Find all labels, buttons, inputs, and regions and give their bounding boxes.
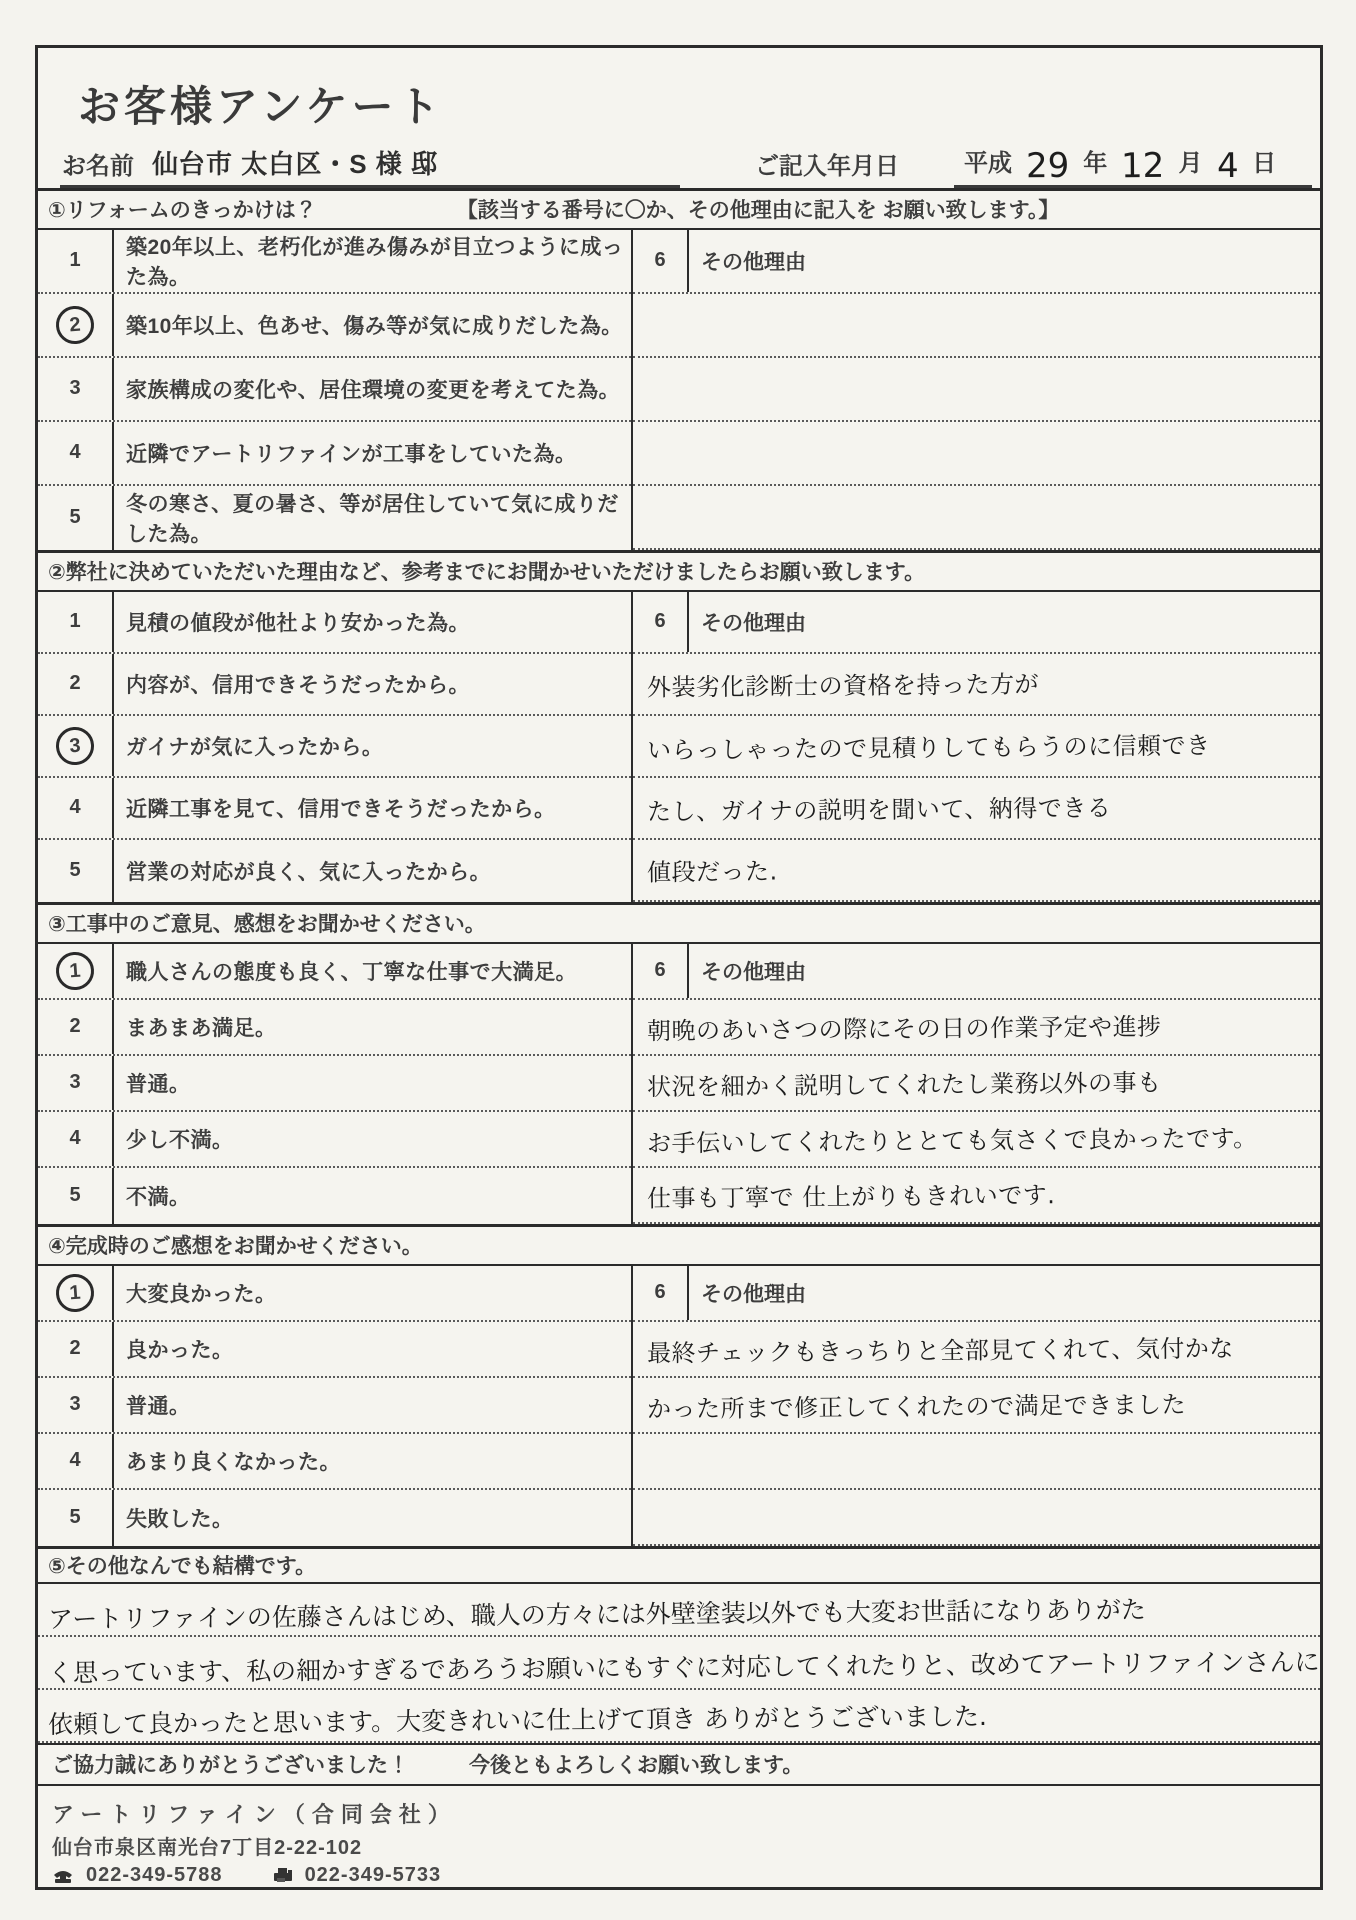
- year-unit: 年: [1083, 143, 1107, 183]
- option-table: 1 大変良かった。 2 良かった。 3 普通。 4 あまり良くなかった。 5: [38, 1266, 1320, 1546]
- option-label: 内容が、信用できそうだったから。: [114, 669, 470, 699]
- option-label: 築10年以上、色あせ、傷み等が気に成りだした為。: [114, 310, 623, 340]
- other-label: その他理由: [689, 246, 806, 276]
- option-label: 営業の対応が良く、気に入ったから。: [114, 856, 491, 886]
- other-reason-header: 6 その他理由: [633, 1266, 1320, 1322]
- title-block: お客様アンケート: [38, 48, 1320, 136]
- day-value: 4: [1216, 148, 1238, 182]
- other-label: その他理由: [689, 1278, 806, 1308]
- handwritten-comment-line: アートリファインの佐藤さんはじめ、職人の方々には外壁塗装以外でも大変お世話になり…: [38, 1584, 1320, 1637]
- handwritten-answer-line: たし、ガイナの説明を聞いて、納得できる: [633, 778, 1320, 840]
- question-section: ③工事中のご意見、感想をお聞かせください。 1 職人さんの態度も良く、丁寧な仕事…: [38, 902, 1320, 1224]
- option-number: 4: [56, 1120, 94, 1158]
- handwritten-comment-line: 依頼して良かったと思います。大変きれいに仕上げて頂き ありがとうございました.: [38, 1690, 1320, 1743]
- year-value: 29: [1026, 148, 1070, 182]
- option-number: 3: [55, 725, 96, 766]
- other-number: 6: [633, 592, 689, 652]
- section-note: 【該当する番号に〇か、その他理由に記入を お願い致します。】: [457, 194, 1060, 224]
- handwritten-answer-line: [633, 422, 1320, 486]
- option-row: 1 見積の値段が他社より安かった為。: [38, 592, 631, 654]
- other-reason-header: 6 その他理由: [633, 944, 1320, 1000]
- option-row: 3 普通。: [38, 1056, 631, 1112]
- option-row: 4 近隣でアートリファインが工事をしていた為。: [38, 422, 631, 486]
- option-label: 冬の寒さ、夏の暑さ、等が居住していて気に成りだした為。: [114, 488, 631, 548]
- option-number: 5: [56, 1177, 94, 1215]
- section-heading: ④完成時のご感想をお聞かせください。: [48, 1230, 423, 1260]
- handwritten-answer-line: [633, 358, 1320, 422]
- question-section: ①リフォームのきっかけは？ 【該当する番号に〇か、その他理由に記入を お願い致し…: [38, 188, 1320, 550]
- option-label: 職人さんの態度も良く、丁寧な仕事で大満足。: [114, 956, 577, 986]
- closing-row: ご協力誠にありがとうございました！ 今後ともよろしくお願い致します。: [38, 1743, 1320, 1784]
- date-label: ご記入年月日: [755, 146, 899, 188]
- question-section: ④完成時のご感想をお聞かせください。 1 大変良かった。 2 良かった。 3 普…: [38, 1224, 1320, 1546]
- phone-number: 022-349-5788: [86, 1864, 223, 1887]
- option-row: 2 まあまあ満足。: [38, 1000, 631, 1056]
- option-row: 2 築10年以上、色あせ、傷み等が気に成りだした為。: [38, 294, 631, 358]
- option-label: 普通。: [114, 1068, 191, 1098]
- option-label: 近隣工事を見て、信用できそうだったから。: [114, 793, 556, 823]
- day-unit: 日: [1252, 143, 1276, 183]
- section-heading-band: ④完成時のご感想をお聞かせください。: [38, 1224, 1320, 1266]
- option-row: 3 普通。: [38, 1378, 631, 1434]
- option-number: 5: [56, 499, 94, 537]
- option-number: 2: [55, 304, 96, 345]
- option-number: 3: [56, 1064, 94, 1102]
- option-row: 1 築20年以上、老朽化が進み傷みが目立つように成った為。: [38, 230, 631, 294]
- option-label: あまり良くなかった。: [114, 1446, 341, 1476]
- option-row: 4 近隣工事を見て、信用できそうだったから。: [38, 778, 631, 840]
- handwritten-comment-line: く思っています、私の細かすぎるであろうお願いにもすぐに対応してくれたりと、改めて…: [38, 1637, 1320, 1690]
- option-row: 1 職人さんの態度も良く、丁寧な仕事で大満足。: [38, 944, 631, 1000]
- section-heading-band: ②弊社に決めていただいた理由など、参考までにお聞かせいただけましたらお願い致しま…: [38, 550, 1320, 592]
- survey-sheet: お客様アンケート お名前 仙台市 太白区・S 様 邸 ご記入年月日 平成 29 …: [35, 45, 1323, 1890]
- option-table: 1 職人さんの態度も良く、丁寧な仕事で大満足。 2 まあまあ満足。 3 普通。 …: [38, 944, 1320, 1224]
- option-row: 2 内容が、信用できそうだったから。: [38, 654, 631, 716]
- era-label: 平成: [964, 143, 1012, 183]
- option-row: 5 冬の寒さ、夏の暑さ、等が居住していて気に成りだした為。: [38, 486, 631, 550]
- handwritten-answer-line: 朝晩のあいさつの際にその日の作業予定や進捗: [633, 1000, 1320, 1056]
- other-number: 6: [633, 944, 689, 998]
- option-label: まあまあ満足。: [114, 1012, 277, 1042]
- option-row: 4 あまり良くなかった。: [38, 1434, 631, 1490]
- handwritten-answer-line: [633, 1490, 1320, 1546]
- option-number: 4: [56, 789, 94, 827]
- section-heading: ③工事中のご意見、感想をお聞かせください。: [48, 908, 486, 938]
- options-pane: 1 築20年以上、老朽化が進み傷みが目立つように成った為。 2 築10年以上、色…: [38, 230, 633, 550]
- fax-number: 022-349-5733: [305, 1864, 442, 1887]
- option-number: 2: [56, 1008, 94, 1046]
- page-title: お客様アンケート: [78, 85, 443, 131]
- handwritten-answer-line: お手伝いしてくれたりととても気さくで良かったです。: [633, 1112, 1320, 1168]
- company-name: アートリファイン（合同会社）: [52, 1798, 1320, 1829]
- section-heading-band: ③工事中のご意見、感想をお聞かせください。: [38, 902, 1320, 944]
- option-number: 3: [56, 370, 94, 408]
- option-row: 2 良かった。: [38, 1322, 631, 1378]
- company-address: 仙台市泉区南光台7丁目2-22-102: [52, 1831, 1320, 1860]
- month-value: 12: [1121, 148, 1165, 182]
- option-label: 失敗した。: [114, 1503, 234, 1533]
- question-section: ②弊社に決めていただいた理由など、参考までにお聞かせいただけましたらお願い致しま…: [38, 550, 1320, 902]
- handwritten-answer-line: 状況を細かく説明してくれたし業務以外の事も: [633, 1056, 1320, 1112]
- contact-row: 022-349-5788 022-349-5733: [52, 1864, 1320, 1887]
- other-reason-header: 6 その他理由: [633, 592, 1320, 654]
- option-number: 3: [56, 1386, 94, 1424]
- option-label: 良かった。: [114, 1334, 234, 1364]
- option-row: 5 営業の対応が良く、気に入ったから。: [38, 840, 631, 902]
- phone-icon: [52, 1867, 74, 1885]
- option-row: 4 少し不満。: [38, 1112, 631, 1168]
- option-row: 3 ガイナが気に入ったから。: [38, 716, 631, 778]
- section-heading-band: ①リフォームのきっかけは？ 【該当する番号に〇か、その他理由に記入を お願い致し…: [38, 188, 1320, 230]
- handwritten-answer-line: [633, 486, 1320, 550]
- option-label: 家族構成の変化や、居住環境の変更を考えてた為。: [114, 374, 620, 404]
- option-number: 1: [56, 603, 94, 641]
- handwritten-answer-line: 値段だった.: [633, 840, 1320, 902]
- option-row: 3 家族構成の変化や、居住環境の変更を考えてた為。: [38, 358, 631, 422]
- name-date-row: お名前 仙台市 太白区・S 様 邸 ご記入年月日 平成 29 年 12 月 4 …: [60, 136, 1312, 188]
- other-reason-pane: 6 その他理由: [633, 230, 1320, 550]
- options-pane: 1 大変良かった。 2 良かった。 3 普通。 4 あまり良くなかった。 5: [38, 1266, 633, 1546]
- option-number: 4: [56, 1442, 94, 1480]
- closing-thanks: ご協力誠にありがとうございました！: [52, 1749, 409, 1779]
- option-row: 5 不満。: [38, 1168, 631, 1224]
- option-row: 1 大変良かった。: [38, 1266, 631, 1322]
- option-number: 4: [56, 434, 94, 472]
- option-label: 少し不満。: [114, 1124, 234, 1154]
- other-label: その他理由: [689, 956, 806, 986]
- name-value: 仙台市 太白区・S 様 邸: [152, 144, 438, 181]
- option-number: 5: [56, 852, 94, 890]
- other-reason-pane: 6 その他理由 朝晩のあいさつの際にその日の作業予定や進捗 状況を細かく説明して…: [633, 944, 1320, 1224]
- other-reason-pane: 6 その他理由 最終チェックもきっちりと全部見てくれて、気付かな かった所まで修…: [633, 1266, 1320, 1546]
- option-label: 築20年以上、老朽化が進み傷みが目立つように成った為。: [114, 231, 631, 291]
- closing-request: 今後ともよろしくお願い致します。: [469, 1749, 803, 1779]
- other-reason-pane: 6 その他理由 外装劣化診断士の資格を持った方が いらっしゃったので見積りしても…: [633, 592, 1320, 902]
- handwritten-answer-line: [633, 1434, 1320, 1490]
- other-number: 6: [633, 230, 689, 292]
- option-table: 1 築20年以上、老朽化が進み傷みが目立つように成った為。 2 築10年以上、色…: [38, 230, 1320, 550]
- option-label: 見積の値段が他社より安かった為。: [114, 607, 470, 637]
- options-pane: 1 見積の値段が他社より安かった為。 2 内容が、信用できそうだったから。 3 …: [38, 592, 633, 902]
- question-sections: ①リフォームのきっかけは？ 【該当する番号に〇か、その他理由に記入を お願い致し…: [38, 188, 1320, 1546]
- handwritten-answer-line: いらっしゃったので見積りしてもらうのに信頼でき: [633, 716, 1320, 778]
- name-field: お名前 仙台市 太白区・S 様 邸: [60, 144, 680, 188]
- free-section-heading-band: ⑤その他なんでも結構です。: [38, 1546, 1320, 1584]
- option-label: 近隣でアートリファインが工事をしていた為。: [114, 438, 576, 468]
- section-heading: ②弊社に決めていただいた理由など、参考までにお聞かせいただけましたらお願い致しま…: [48, 556, 925, 586]
- option-number: 1: [55, 1272, 96, 1313]
- handwritten-answer-line: 仕事も丁寧で 仕上がりもきれいです.: [633, 1168, 1320, 1224]
- handwritten-answer-line: 最終チェックもきっちりと全部見てくれて、気付かな: [633, 1322, 1320, 1378]
- option-row: 5 失敗した。: [38, 1490, 631, 1546]
- section-heading: ⑤その他なんでも結構です。: [48, 1550, 316, 1580]
- month-unit: 月: [1179, 143, 1203, 183]
- handwritten-answer-line: [633, 294, 1320, 358]
- name-label: お名前: [62, 146, 134, 181]
- date-field: 平成 29 年 12 月 4 日: [954, 143, 1312, 188]
- option-number: 1: [56, 242, 94, 280]
- option-number: 1: [55, 950, 96, 991]
- fax-icon: [273, 1867, 293, 1884]
- other-label: その他理由: [689, 607, 806, 637]
- section-heading: ①リフォームのきっかけは？: [48, 194, 317, 224]
- handwritten-answer-line: かった所まで修正してくれたので満足できました: [633, 1378, 1320, 1434]
- option-label: 不満。: [114, 1181, 191, 1211]
- other-reason-header: 6 その他理由: [633, 230, 1320, 294]
- handwritten-answer-line: 外装劣化診断士の資格を持った方が: [633, 654, 1320, 716]
- option-label: 普通。: [114, 1390, 191, 1420]
- option-number: 5: [56, 1499, 94, 1537]
- option-number: 2: [56, 1330, 94, 1368]
- option-label: ガイナが気に入ったから。: [114, 731, 383, 761]
- option-number: 2: [56, 665, 94, 703]
- option-table: 1 見積の値段が他社より安かった為。 2 内容が、信用できそうだったから。 3 …: [38, 592, 1320, 902]
- options-pane: 1 職人さんの態度も良く、丁寧な仕事で大満足。 2 まあまあ満足。 3 普通。 …: [38, 944, 633, 1224]
- company-footer: アートリファイン（合同会社） 仙台市泉区南光台7丁目2-22-102 022-3…: [38, 1784, 1320, 1887]
- free-comment-area: アートリファインの佐藤さんはじめ、職人の方々には外壁塗装以外でも大変お世話になり…: [38, 1584, 1320, 1743]
- other-number: 6: [633, 1266, 689, 1320]
- option-label: 大変良かった。: [114, 1278, 277, 1308]
